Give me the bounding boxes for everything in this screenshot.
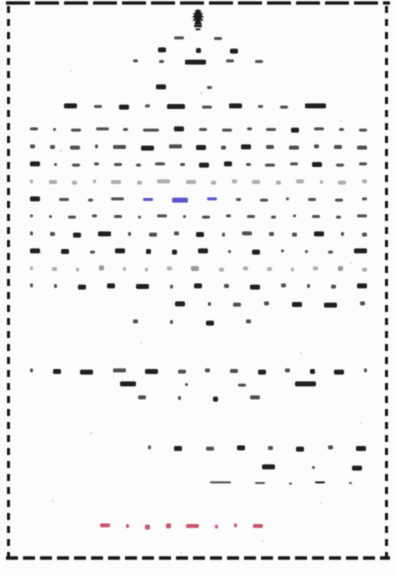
word-mark: [90, 250, 95, 254]
word-mark: [276, 181, 281, 185]
word-mark: [146, 249, 151, 254]
word-mark: [113, 145, 126, 149]
word-mark: [207, 86, 212, 90]
word-mark: [94, 105, 102, 109]
word-mark: [285, 369, 290, 373]
word-mark: [167, 104, 185, 109]
word-mark: [314, 127, 324, 130]
word-mark: [111, 180, 121, 184]
word-mark: [30, 248, 40, 253]
org-name-line-3: [133, 57, 263, 66]
word-mark: [331, 285, 336, 289]
word-mark: [222, 233, 225, 237]
body-text-line: [30, 156, 367, 173]
word-mark: [339, 128, 344, 132]
word-mark: [136, 163, 141, 167]
word-mark: [308, 198, 316, 202]
word-mark: [120, 381, 136, 386]
word-mark: [76, 268, 79, 272]
word-mark: [307, 284, 310, 288]
word-mark: [113, 369, 126, 373]
word-mark: [281, 284, 286, 288]
word-mark: [30, 214, 33, 218]
word-mark: [170, 320, 173, 324]
word-mark: [328, 250, 333, 254]
word-mark: [205, 369, 210, 373]
word-mark: [362, 197, 367, 201]
word-mark: [243, 266, 248, 270]
word-mark: [250, 284, 260, 289]
word-mark: [253, 524, 263, 528]
word-mark: [246, 163, 251, 167]
national-emblem-icon: [183, 8, 213, 38]
word-mark: [314, 145, 319, 149]
word-mark: [148, 446, 151, 450]
word-mark: [269, 232, 274, 236]
word-mark: [30, 266, 33, 270]
word-mark: [364, 369, 367, 373]
word-mark: [267, 267, 272, 271]
word-mark: [196, 48, 201, 53]
word-mark: [191, 266, 199, 271]
inline-link[interactable]: [207, 197, 217, 201]
word-mark: [230, 48, 238, 53]
word-mark: [141, 145, 154, 150]
word-mark: [72, 163, 80, 167]
word-mark: [295, 381, 316, 386]
word-mark: [78, 284, 86, 289]
word-mark: [281, 249, 284, 253]
word-mark: [172, 250, 177, 255]
second-paragraph-line-2: [120, 379, 316, 390]
word-mark: [53, 369, 61, 374]
word-mark: [186, 180, 196, 184]
word-mark: [61, 249, 69, 254]
word-mark: [145, 104, 150, 108]
body-text-line-with-link: [30, 191, 367, 208]
word-mark: [158, 47, 166, 52]
word-mark: [53, 128, 56, 132]
word-mark: [80, 369, 93, 374]
word-mark: [255, 482, 265, 484]
word-mark: [107, 283, 115, 288]
word-mark: [123, 128, 128, 132]
word-mark: [236, 198, 241, 202]
word-mark: [30, 127, 38, 130]
word-mark: [93, 180, 96, 184]
word-mark: [174, 127, 184, 132]
word-mark: [54, 163, 57, 167]
word-mark: [234, 524, 237, 528]
word-mark: [213, 396, 218, 401]
word-mark: [238, 383, 246, 387]
word-mark: [178, 396, 181, 400]
word-mark: [99, 266, 104, 271]
body-text-line: [30, 208, 367, 225]
word-mark: [362, 233, 367, 237]
word-mark: [30, 369, 33, 373]
word-mark: [310, 369, 315, 374]
word-mark: [255, 60, 263, 64]
word-mark: [250, 396, 260, 400]
word-mark: [119, 105, 129, 110]
word-mark: [157, 180, 170, 184]
word-mark: [334, 369, 344, 374]
word-mark: [145, 268, 148, 272]
second-paragraph-line-3: [138, 393, 260, 403]
word-mark: [338, 266, 343, 271]
word-mark: [54, 284, 57, 288]
word-mark: [266, 145, 274, 149]
word-mark: [196, 145, 206, 150]
word-mark: [296, 446, 304, 451]
word-mark: [169, 145, 182, 149]
word-mark: [289, 482, 292, 484]
word-mark: [336, 215, 341, 219]
word-mark: [149, 233, 157, 237]
word-mark: [71, 129, 81, 133]
word-mark: [145, 369, 158, 374]
word-mark: [258, 105, 263, 109]
word-mark: [208, 302, 211, 306]
word-mark: [357, 214, 367, 218]
word-mark: [280, 105, 288, 109]
body-text-line: [30, 278, 367, 295]
word-mark: [111, 197, 124, 201]
word-mark: [360, 302, 365, 306]
word-mark: [289, 146, 299, 150]
word-mark: [180, 163, 185, 167]
word-mark: [133, 59, 138, 63]
word-mark: [30, 232, 33, 236]
word-mark: [64, 103, 77, 108]
word-mark: [194, 283, 202, 288]
inline-link[interactable]: [172, 197, 188, 202]
word-mark: [92, 214, 97, 218]
word-mark: [312, 162, 322, 167]
word-mark: [219, 268, 224, 272]
word-mark: [185, 60, 206, 65]
word-mark: [336, 163, 344, 167]
word-mark: [262, 464, 275, 469]
word-mark: [226, 214, 231, 218]
word-mark: [126, 524, 129, 528]
word-mark: [264, 302, 269, 306]
word-mark: [88, 198, 93, 202]
word-mark: [357, 283, 367, 288]
word-mark: [221, 146, 226, 150]
word-mark: [214, 37, 222, 41]
word-mark: [155, 162, 165, 166]
word-mark: [174, 446, 182, 451]
word-mark: [128, 232, 131, 236]
word-mark: [100, 524, 110, 528]
word-mark: [334, 145, 342, 149]
word-mark: [312, 466, 315, 470]
word-mark: [320, 180, 323, 184]
word-mark: [145, 524, 150, 529]
org-name-line-1: [174, 35, 222, 42]
closing-line-2: [133, 317, 251, 327]
word-mark: [305, 103, 326, 108]
word-mark: [237, 445, 245, 450]
word-mark: [324, 302, 337, 307]
word-mark: [224, 161, 232, 166]
word-mark: [224, 284, 229, 288]
word-mark: [229, 103, 242, 108]
word-mark: [313, 266, 318, 270]
body-text-line: [30, 173, 367, 190]
word-mark: [175, 301, 185, 306]
word-mark: [241, 144, 251, 149]
word-mark: [286, 197, 289, 201]
word-mark: [137, 181, 142, 185]
word-mark: [206, 320, 214, 325]
word-mark: [159, 60, 164, 64]
footer-note-red: [100, 521, 263, 531]
word-mark: [186, 524, 199, 528]
closing-line-1: [175, 299, 365, 309]
word-mark: [328, 446, 333, 450]
word-mark: [59, 198, 69, 202]
word-mark: [362, 180, 367, 184]
word-mark: [50, 232, 55, 236]
word-mark: [143, 129, 159, 133]
word-mark: [30, 145, 35, 149]
word-mark: [230, 369, 238, 373]
word-mark: [292, 302, 302, 307]
body-text-line: [30, 243, 367, 260]
word-mark: [291, 128, 299, 133]
word-mark: [266, 128, 276, 132]
word-mark: [252, 250, 260, 255]
word-mark: [228, 250, 231, 254]
word-mark: [30, 284, 33, 288]
word-mark: [335, 198, 343, 202]
word-mark: [30, 196, 40, 201]
word-mark: [232, 180, 237, 184]
word-mark: [202, 215, 210, 219]
word-mark: [233, 303, 241, 307]
word-mark: [247, 215, 255, 219]
word-mark: [268, 446, 273, 450]
word-mark: [138, 215, 141, 219]
word-mark: [198, 248, 208, 253]
word-mark: [359, 162, 367, 166]
word-mark: [296, 180, 304, 184]
org-name-line-2: [158, 46, 238, 54]
word-mark: [312, 215, 320, 219]
scanned-letter: [0, 0, 396, 576]
letter-title: [64, 101, 326, 112]
letter-page: [0, 0, 396, 576]
word-mark: [222, 129, 232, 133]
body-text-line: [30, 121, 367, 138]
word-mark: [359, 129, 367, 133]
word-mark: [265, 163, 275, 167]
word-mark: [73, 232, 81, 237]
word-mark: [183, 215, 186, 219]
word-mark: [290, 162, 298, 166]
word-mark: [315, 481, 325, 483]
word-mark: [133, 320, 138, 324]
word-mark: [70, 146, 80, 150]
signature-title-line: [148, 443, 366, 453]
word-mark: [178, 370, 186, 374]
word-mark: [206, 447, 214, 451]
word-mark: [260, 198, 268, 202]
word-mark: [314, 231, 324, 236]
word-mark: [95, 145, 98, 149]
word-mark: [247, 127, 252, 130]
body-text-line: [30, 225, 367, 242]
word-mark: [199, 163, 209, 168]
second-paragraph-line-1: [30, 366, 367, 376]
word-mark: [49, 215, 52, 219]
word-mark: [156, 84, 166, 89]
word-mark: [185, 383, 188, 387]
word-mark: [167, 266, 172, 270]
word-mark: [174, 232, 179, 236]
word-mark: [362, 268, 367, 272]
word-mark: [157, 214, 167, 218]
word-mark: [356, 446, 366, 451]
word-mark: [196, 232, 204, 237]
word-mark: [210, 481, 231, 483]
word-mark: [252, 180, 260, 184]
inline-link[interactable]: [143, 198, 153, 202]
word-mark: [292, 233, 297, 237]
word-mark: [291, 268, 294, 272]
date-line: [156, 83, 212, 92]
word-mark: [114, 215, 122, 219]
word-mark: [98, 231, 111, 236]
word-mark: [30, 161, 40, 166]
word-mark: [72, 181, 77, 185]
signature-underline: [210, 478, 352, 487]
word-mark: [50, 145, 55, 149]
word-mark: [341, 232, 344, 236]
word-mark: [357, 146, 367, 150]
word-mark: [211, 181, 216, 185]
word-mark: [258, 369, 266, 374]
signature-name-line: [262, 462, 362, 473]
word-mark: [94, 162, 99, 166]
word-mark: [138, 396, 146, 400]
word-mark: [123, 267, 126, 271]
word-mark: [174, 36, 184, 40]
word-mark: [30, 180, 33, 184]
word-mark: [352, 466, 362, 471]
body-text-line: [30, 260, 367, 277]
word-mark: [166, 523, 171, 528]
word-mark: [226, 59, 234, 63]
word-mark: [136, 284, 149, 289]
word-mark: [114, 163, 122, 167]
word-mark: [242, 232, 252, 236]
word-mark: [354, 248, 367, 253]
word-mark: [68, 215, 76, 219]
word-mark: [52, 267, 57, 271]
word-mark: [96, 127, 109, 130]
body-text-line: [30, 138, 367, 155]
word-mark: [49, 180, 57, 184]
word-mark: [349, 482, 352, 484]
word-mark: [271, 215, 276, 219]
word-mark: [199, 128, 207, 132]
word-mark: [305, 250, 308, 254]
word-mark: [293, 214, 296, 218]
scan-noise: [0, 0, 2, 2]
word-mark: [170, 285, 173, 289]
word-mark: [338, 181, 346, 185]
word-mark: [215, 525, 218, 529]
word-mark: [246, 320, 251, 324]
word-mark: [202, 105, 212, 109]
word-mark: [115, 248, 125, 253]
body-paragraph: [30, 121, 367, 295]
